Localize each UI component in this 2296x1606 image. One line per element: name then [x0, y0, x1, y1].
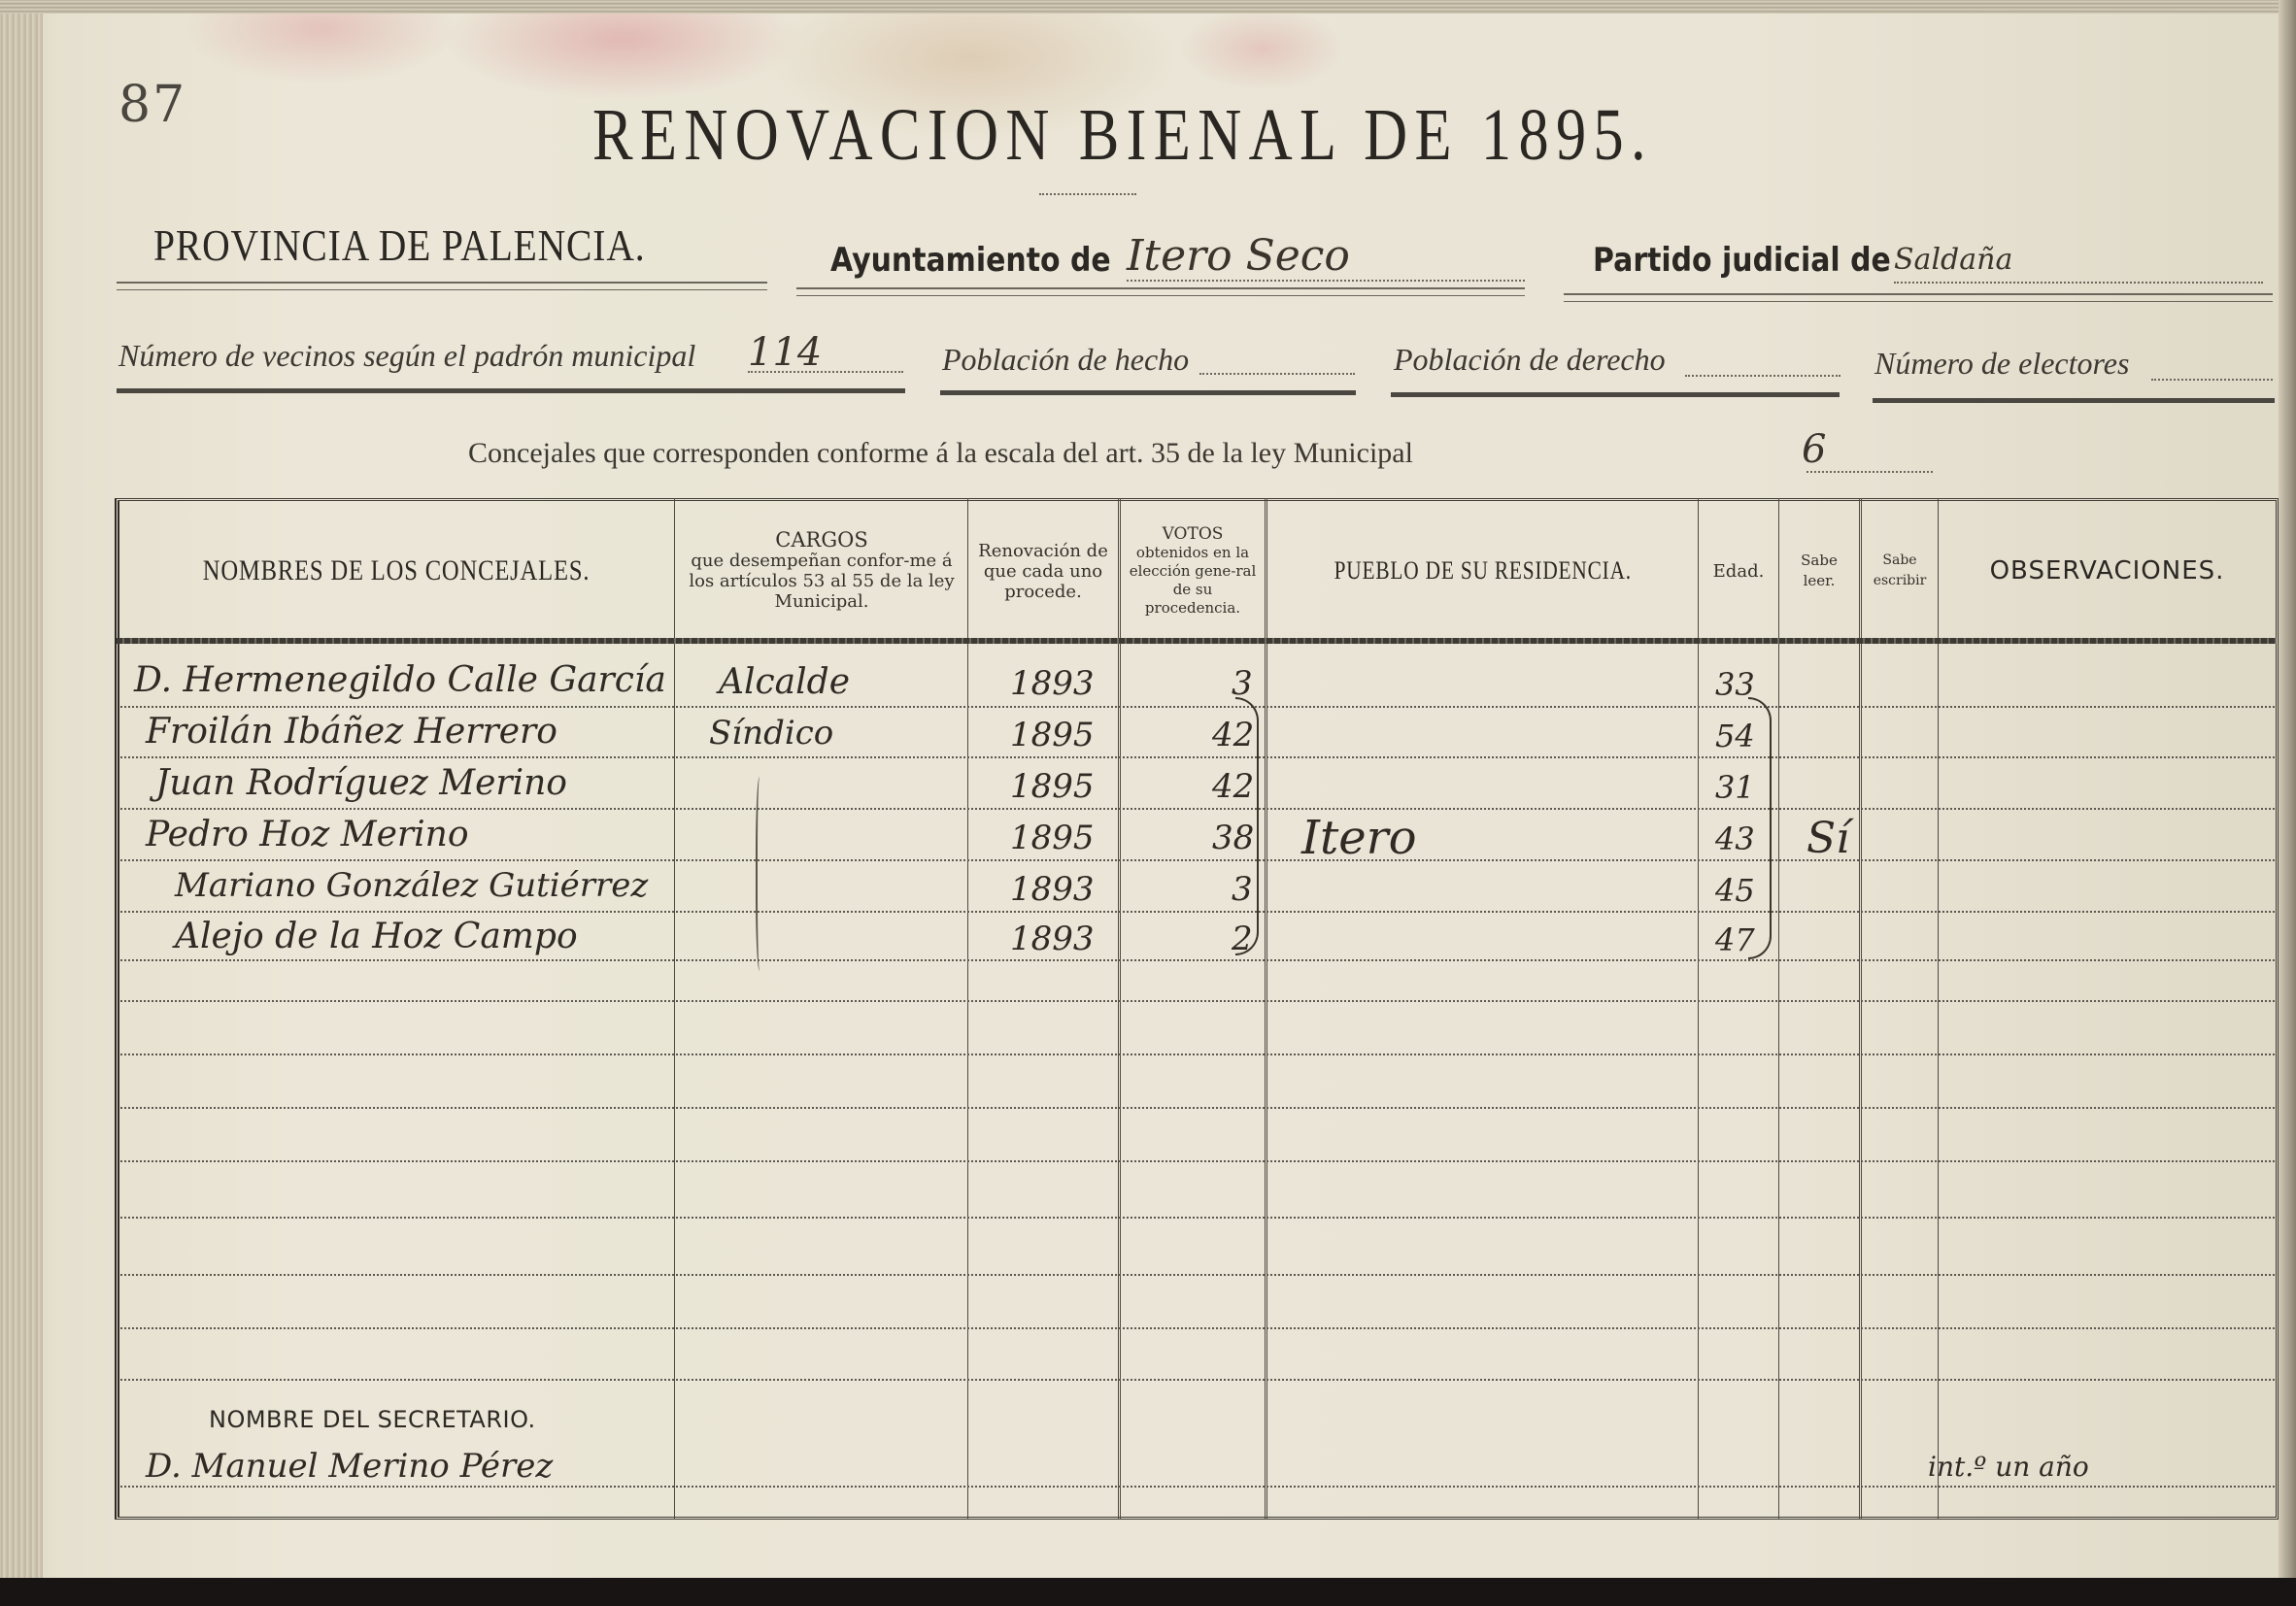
header-cargos: CARGOSque desempeñan confor-me á los art…: [676, 505, 967, 637]
row-rule: [120, 1379, 2275, 1381]
header-bottom-rule: [117, 638, 2277, 644]
row-1-cargo[interactable]: Alcalde: [719, 662, 850, 702]
edad-group-brace: [1748, 697, 1772, 959]
header-sabe-escribir: Sabe escribir: [1862, 505, 1938, 637]
row-rule: [120, 1000, 2275, 1002]
page-number: 87: [118, 76, 186, 134]
row-2-cargo[interactable]: Síndico: [709, 714, 833, 753]
poblacion-derecho-rule: [1391, 392, 1840, 397]
poblacion-hecho-rule: [940, 390, 1356, 395]
province-underline: [117, 282, 767, 290]
top-page-edge: [0, 0, 2296, 14]
numero-vecinos-dotline: [748, 371, 903, 373]
numero-vecinos-rule: [117, 388, 905, 393]
ayuntamiento-label: Ayuntamiento de: [830, 241, 1111, 280]
row-rule: [120, 1274, 2275, 1276]
row-5-renovacion[interactable]: 1893: [1010, 870, 1095, 909]
numero-electores-label: Número de electores: [1874, 346, 2129, 382]
row-1-renovacion[interactable]: 1893: [1010, 664, 1095, 703]
row-4-nombre[interactable]: Pedro Hoz Merino: [146, 815, 469, 854]
ayuntamiento-underline: [796, 287, 1525, 296]
column-divider: [674, 498, 675, 1520]
header-sabe-leer: Sabe leer.: [1779, 505, 1859, 637]
ayuntamiento-value[interactable]: Itero Seco: [1127, 231, 1350, 281]
poblacion-hecho-label: Población de hecho: [942, 342, 1189, 378]
right-page-edge: [2279, 0, 2296, 1578]
partido-judicial-underline: [1564, 293, 2273, 302]
poblacion-hecho-field[interactable]: [1199, 373, 1355, 375]
secretary-name[interactable]: D. Manuel Merino Pérez: [146, 1447, 553, 1486]
row-rule: [120, 706, 2275, 708]
concejales-label: Concejales que corresponden conforme á l…: [468, 437, 1413, 470]
row-2-nombre[interactable]: Froilán Ibáñez Herrero: [146, 712, 557, 752]
header-votos: VOTOSobtenidos en la elección gene-ral d…: [1121, 505, 1265, 637]
row-rule: [120, 756, 2275, 758]
province-heading: PROVINCIA DE PALENCIA.: [153, 219, 646, 271]
row-1-nombre[interactable]: D. Hermenegildo Calle García: [134, 660, 666, 700]
row-rule: [120, 1327, 2275, 1329]
pueblo-residencia-value[interactable]: Itero: [1301, 811, 1417, 865]
row-rule: [120, 808, 2275, 810]
row-5-nombre[interactable]: Mariano González Gutiérrez: [175, 866, 648, 905]
row-4-renovacion[interactable]: 1895: [1010, 819, 1095, 857]
row-rule: [120, 959, 2275, 961]
header-observaciones: OBSERVACIONES.: [1940, 505, 2275, 637]
observation-note[interactable]: int.º un año: [1928, 1451, 2089, 1483]
column-divider: [1118, 498, 1121, 1520]
row-6-nombre[interactable]: Alejo de la Hoz Campo: [175, 917, 578, 956]
numero-vecinos-value[interactable]: 114: [748, 330, 822, 375]
column-divider: [1938, 498, 1939, 1520]
header-edad: Edad.: [1699, 505, 1778, 637]
row-3-renovacion[interactable]: 1895: [1010, 767, 1095, 806]
row-rule: [120, 1054, 2275, 1055]
ayuntamiento-dotline: [1127, 280, 1525, 282]
votos-group-brace: [1235, 697, 1259, 955]
concejales-dotline: [1806, 471, 1933, 473]
row-rule: [120, 1107, 2275, 1109]
header-nombres: NOMBRES DE LOS CONCEJALES.: [118, 505, 674, 637]
partido-judicial-dotline: [1894, 282, 2263, 284]
column-divider: [1859, 498, 1862, 1520]
book-cover-edge: [0, 1578, 2296, 1606]
title-ornament: [1039, 189, 1136, 195]
numero-vecinos-label: Número de vecinos según el padrón munici…: [118, 338, 695, 374]
row-2-renovacion[interactable]: 1895: [1010, 716, 1095, 754]
sabe-leer-escribir-value[interactable]: Sí: [1806, 814, 1849, 863]
poblacion-derecho-field[interactable]: [1685, 375, 1840, 377]
row-rule: [120, 911, 2275, 913]
column-divider: [1265, 498, 1267, 1520]
column-divider: [1778, 498, 1779, 1520]
stacked-page-edges: [0, 0, 43, 1578]
partido-judicial-label: Partido judicial de: [1593, 241, 1891, 280]
header-renovacion: Renovación de que cada uno procede.: [969, 505, 1117, 637]
secretary-label: NOMBRE DEL SECRETARIO.: [209, 1406, 536, 1433]
cargos-ditto-mark: [756, 777, 765, 971]
header-pueblo: PUEBLO DE SU RESIDENCIA.: [1267, 505, 1698, 637]
row-3-nombre[interactable]: Juan Rodríguez Merino: [155, 763, 567, 803]
concejales-table: [115, 498, 2279, 1520]
row-rule: [120, 1486, 2275, 1488]
concejales-value[interactable]: 6: [1802, 427, 1826, 472]
numero-electores-field[interactable]: [2151, 379, 2273, 381]
document-title: RENOVACION BIENAL DE 1895.: [592, 93, 1653, 178]
partido-judicial-value[interactable]: Saldaña: [1894, 243, 2012, 277]
column-divider: [967, 498, 968, 1520]
column-divider: [1698, 498, 1699, 1520]
poblacion-derecho-label: Población de derecho: [1394, 342, 1666, 378]
row-rule: [120, 1160, 2275, 1162]
row-6-renovacion[interactable]: 1893: [1010, 920, 1095, 958]
numero-electores-rule: [1873, 398, 2275, 403]
row-rule: [120, 859, 2275, 861]
row-rule: [120, 1217, 2275, 1219]
